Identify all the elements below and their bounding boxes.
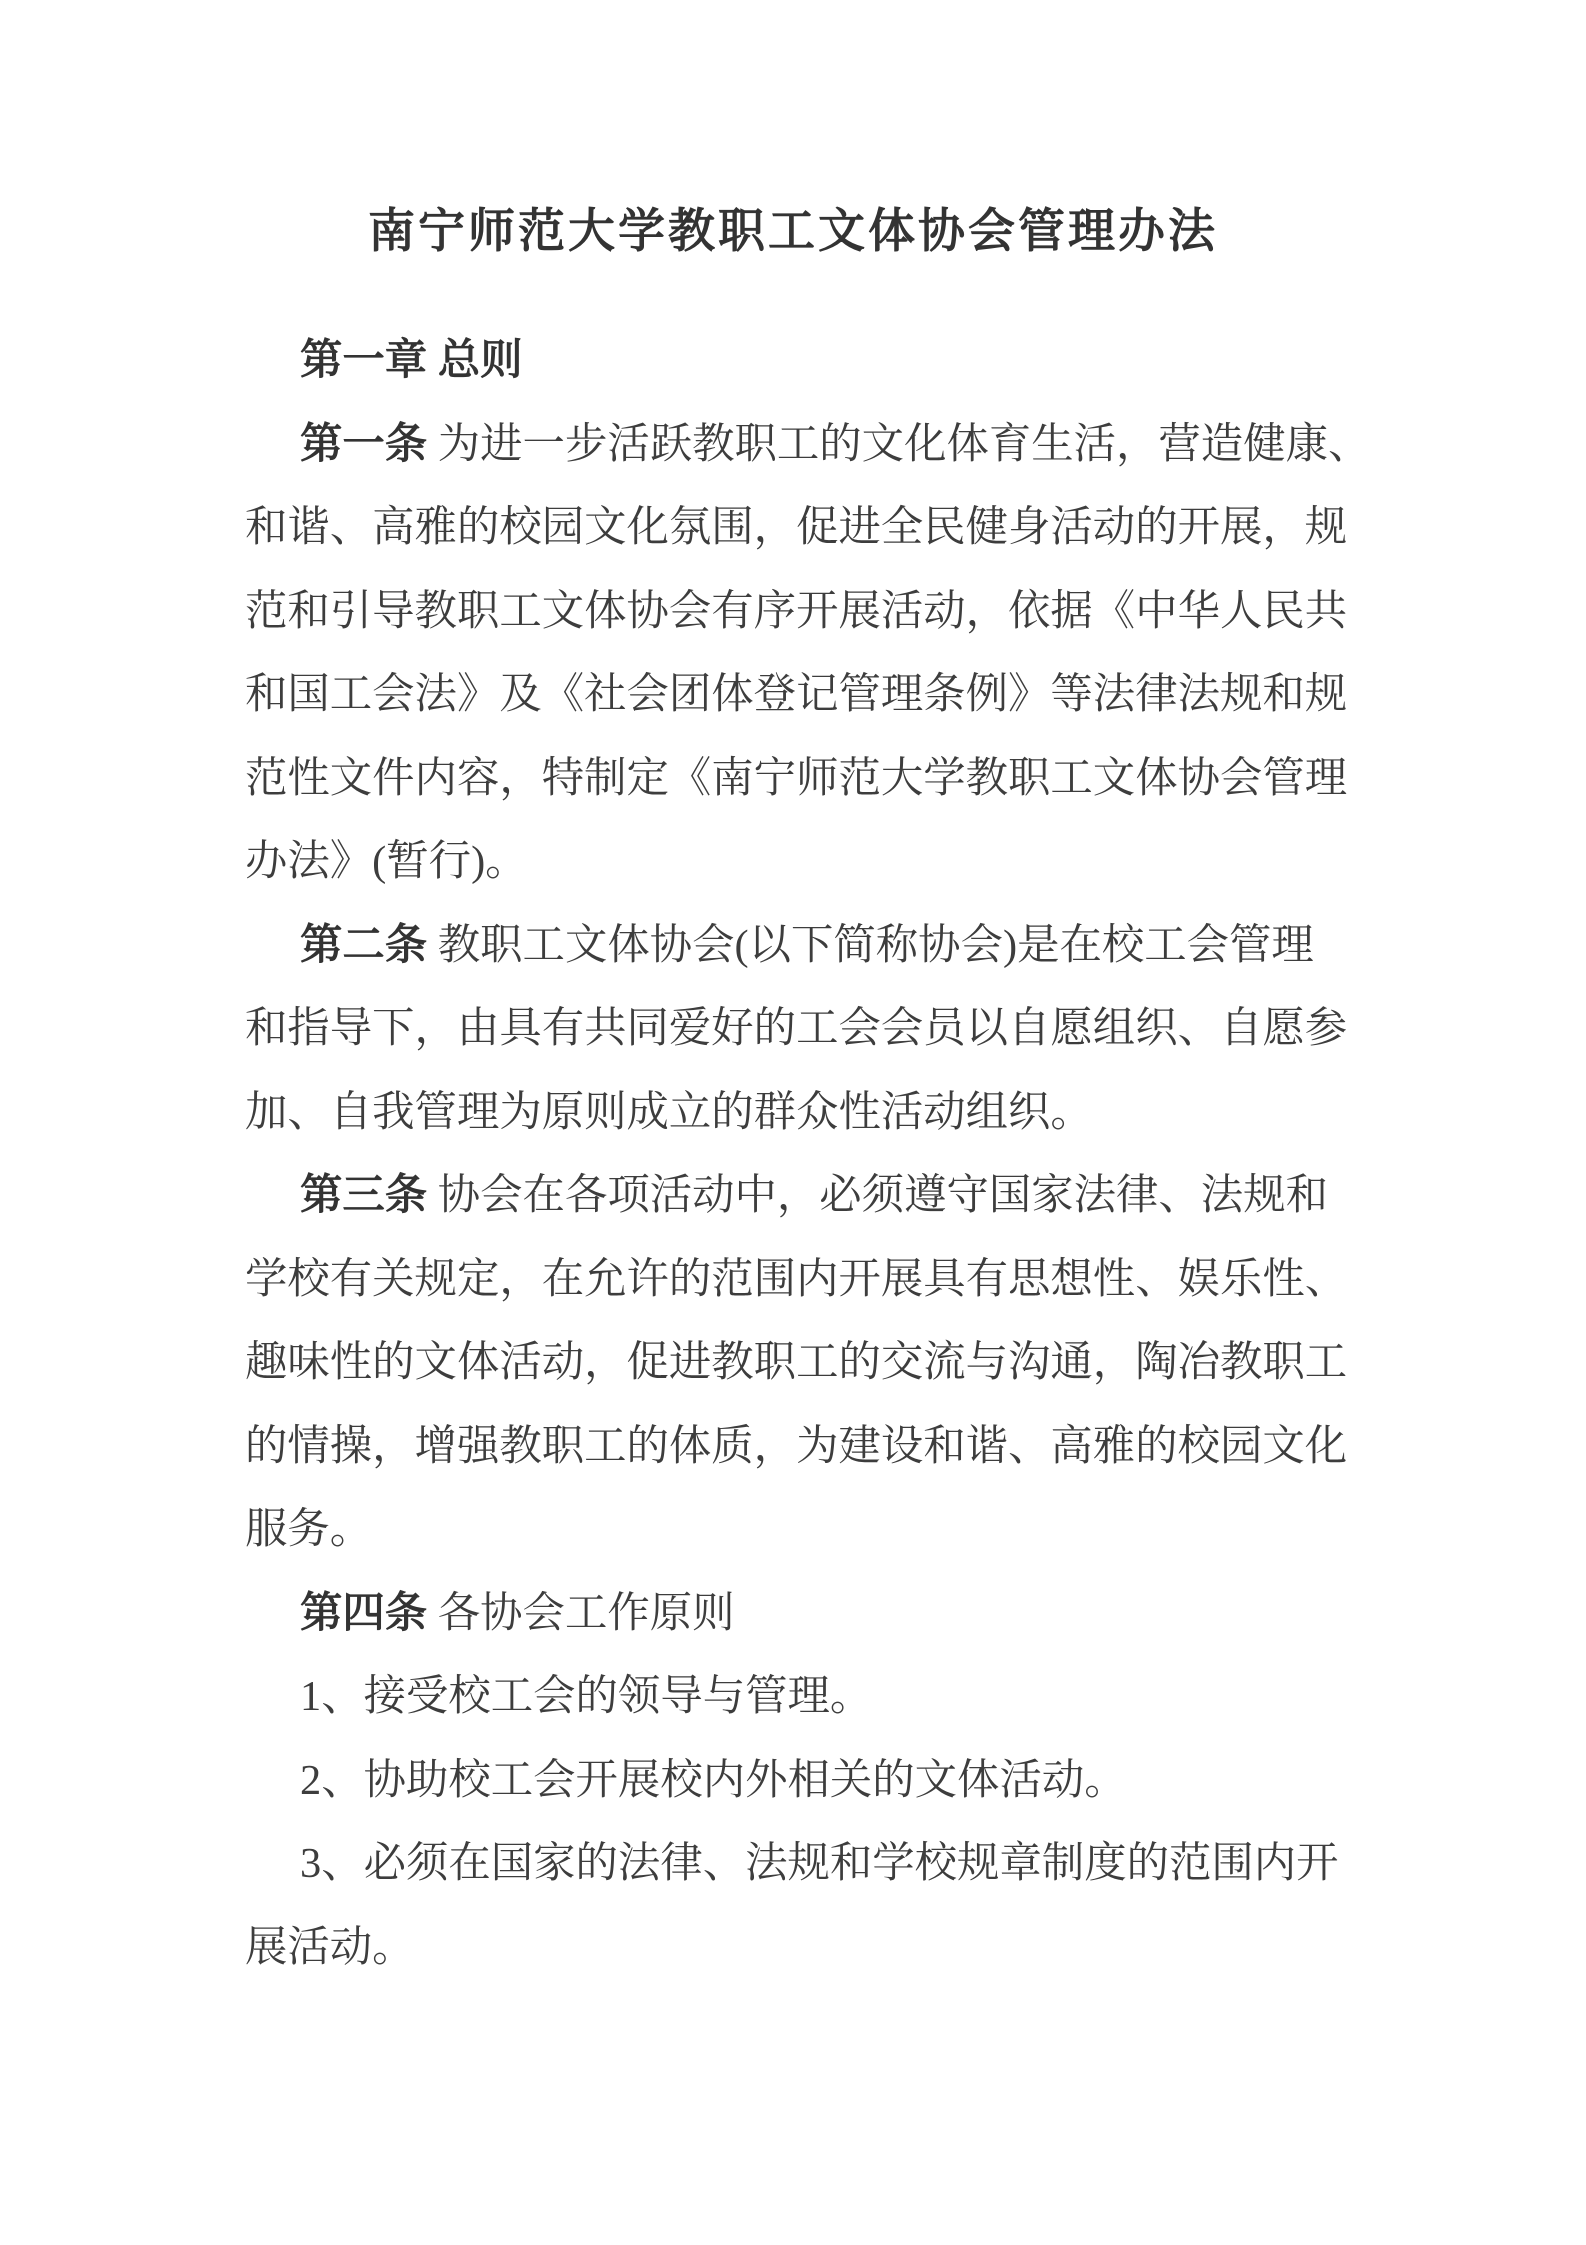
line-text: 展活动。 — [245, 1924, 415, 1971]
line-text: 3、必须在国家的法律、法规和学校规章制度的范围内开 — [300, 1840, 1339, 1887]
document-page: 南宁师范大学教职工文体协会管理办法 第一章 总则 第一条 为进一步活跃教职工的文… — [0, 0, 1586, 2245]
line-text: 和指导下，由具有共同爱好的工会会员以自愿组织、自愿参 — [245, 1005, 1347, 1052]
text-line: 第一章 总则 — [245, 319, 1347, 403]
text-line: 展活动。 — [245, 1906, 1347, 1990]
text-line: 第二条 教职工文体协会(以下简称协会)是在校工会管理 — [245, 904, 1347, 988]
line-text: 和谐、高雅的校园文化氛围，促进全民健身活动的开展，规 — [245, 504, 1347, 551]
text-line: 加、自我管理为原则成立的群众性活动组织。 — [245, 1071, 1347, 1155]
article-number: 第二条 — [300, 922, 427, 969]
text-line: 2、协助校工会开展校内外相关的文体活动。 — [245, 1739, 1347, 1823]
text-line: 第四条 各协会工作原则 — [245, 1572, 1347, 1656]
line-text: 教职工文体协会(以下简称协会)是在校工会管理 — [427, 922, 1314, 969]
document-title: 南宁师范大学教职工文体协会管理办法 — [0, 202, 1586, 262]
line-text: 第一章 总则 — [300, 337, 523, 384]
line-text: 学校有关规定，在允许的范围内开展具有思想性、娱乐性、 — [245, 1256, 1347, 1303]
text-line: 1、接受校工会的领导与管理。 — [245, 1655, 1347, 1739]
text-line: 学校有关规定，在允许的范围内开展具有思想性、娱乐性、 — [245, 1238, 1347, 1322]
line-text: 为进一步活跃教职工的文化体育生活，营造健康、 — [427, 421, 1370, 468]
text-line: 第三条 协会在各项活动中，必须遵守国家法律、法规和 — [245, 1154, 1347, 1238]
line-text: 趣味性的文体活动，促进教职工的交流与沟通，陶冶教职工 — [245, 1339, 1347, 1386]
text-line: 和国工会法》及《社会团体登记管理条例》等法律法规和规 — [245, 653, 1347, 737]
line-text: 的情操，增强教职工的体质，为建设和谐、高雅的校园文化 — [245, 1423, 1347, 1470]
text-line: 服务。 — [245, 1488, 1347, 1572]
article-number: 第三条 — [300, 1172, 427, 1219]
text-line: 的情操，增强教职工的体质，为建设和谐、高雅的校园文化 — [245, 1405, 1347, 1489]
text-line: 和谐、高雅的校园文化氛围，促进全民健身活动的开展，规 — [245, 486, 1347, 570]
text-line: 和指导下，由具有共同爱好的工会会员以自愿组织、自愿参 — [245, 987, 1347, 1071]
line-text: 各协会工作原则 — [427, 1590, 734, 1637]
line-text: 协会在各项活动中，必须遵守国家法律、法规和 — [427, 1172, 1328, 1219]
text-line: 第一条 为进一步活跃教职工的文化体育生活，营造健康、 — [245, 403, 1347, 487]
article-number: 第四条 — [300, 1590, 427, 1637]
line-text: 加、自我管理为原则成立的群众性活动组织。 — [245, 1089, 1093, 1136]
text-line: 3、必须在国家的法律、法规和学校规章制度的范围内开 — [245, 1822, 1347, 1906]
line-text: 办法》(暂行)。 — [245, 838, 528, 885]
text-line: 办法》(暂行)。 — [245, 820, 1347, 904]
document-body: 第一章 总则 第一条 为进一步活跃教职工的文化体育生活，营造健康、 和谐、高雅的… — [245, 319, 1347, 1989]
line-text: 和国工会法》及《社会团体登记管理条例》等法律法规和规 — [245, 671, 1347, 718]
article-number: 第一条 — [300, 421, 427, 468]
text-line: 范和引导教职工文体协会有序开展活动，依据《中华人民共 — [245, 570, 1347, 654]
line-text: 服务。 — [245, 1506, 372, 1553]
line-text: 1、接受校工会的领导与管理。 — [300, 1673, 872, 1720]
text-line: 趣味性的文体活动，促进教职工的交流与沟通，陶冶教职工 — [245, 1321, 1347, 1405]
text-line: 范性文件内容，特制定《南宁师范大学教职工文体协会管理 — [245, 737, 1347, 821]
line-text: 范性文件内容，特制定《南宁师范大学教职工文体协会管理 — [245, 755, 1347, 802]
line-text: 2、协助校工会开展校内外相关的文体活动。 — [300, 1757, 1127, 1804]
line-text: 范和引导教职工文体协会有序开展活动，依据《中华人民共 — [245, 588, 1347, 635]
